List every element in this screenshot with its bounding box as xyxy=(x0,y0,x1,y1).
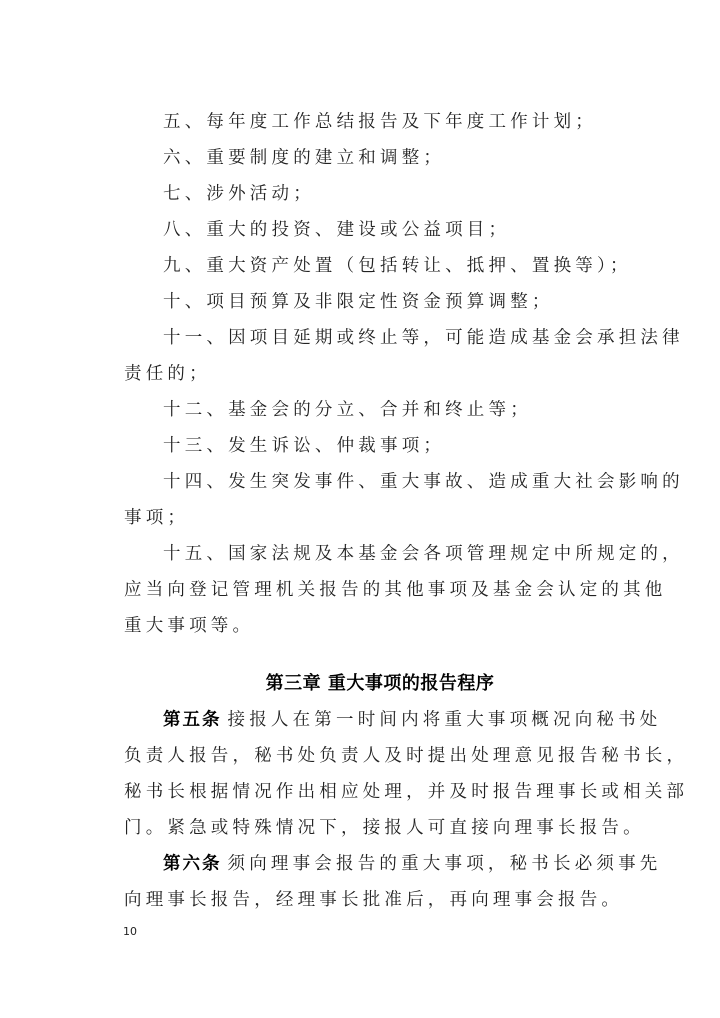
list-item-11-line1: 十一、因项目延期或终止等，可能造成基金会承担法律 xyxy=(163,326,663,350)
list-item-15-line1: 十五、国家法规及本基金会各项管理规定中所规定的， xyxy=(163,542,663,566)
article-6-text: 须向理事会报告的重大事项，秘书长必须事先 xyxy=(228,854,662,874)
list-item-5: 五、每年度工作总结报告及下年度工作计划； xyxy=(163,110,663,134)
article-5-line4: 门。紧急或特殊情况下，接报人可直接向理事长报告。 xyxy=(124,816,624,840)
article-5-line3: 秘书长根据情况作出相应处理，并及时报告理事长或相关部 xyxy=(124,780,624,804)
list-item-12: 十二、基金会的分立、合并和终止等； xyxy=(163,398,663,422)
list-item-13: 十三、发生诉讼、仲裁事项； xyxy=(163,434,663,458)
list-item-15-line3: 重大事项等。 xyxy=(124,614,624,638)
article-5-label: 第五条 xyxy=(163,710,222,730)
list-item-11-line2: 责任的； xyxy=(124,362,624,386)
list-item-7: 七、涉外活动； xyxy=(163,182,663,206)
article-6-line1: 第六条须向理事会报告的重大事项，秘书长必须事先 xyxy=(163,852,663,876)
article-5-line1: 第五条接报人在第一时间内将重大事项概况向秘书处 xyxy=(163,708,663,732)
page-number: 10 xyxy=(123,925,137,938)
list-item-15-line2: 应当向登记管理机关报告的其他事项及基金会认定的其他 xyxy=(124,578,624,602)
chapter-heading: 第三章 重大事项的报告程序 xyxy=(0,672,720,696)
article-5-text: 接报人在第一时间内将重大事项概况向秘书处 xyxy=(228,710,662,730)
article-5-line2: 负责人报告，秘书处负责人及时提出处理意见报告秘书长， xyxy=(124,744,624,768)
list-item-10: 十、项目预算及非限定性资金预算调整； xyxy=(163,290,663,314)
list-item-6: 六、重要制度的建立和调整； xyxy=(163,146,663,170)
list-item-14-line2: 事项； xyxy=(124,506,624,530)
article-6-label: 第六条 xyxy=(163,854,222,874)
article-6-line2: 向理事长报告，经理事长批准后，再向理事会报告。 xyxy=(124,888,624,912)
list-item-14-line1: 十四、发生突发事件、重大事故、造成重大社会影响的 xyxy=(163,470,663,494)
document-page: 五、每年度工作总结报告及下年度工作计划； 六、重要制度的建立和调整； 七、涉外活… xyxy=(0,0,720,1018)
list-item-9: 九、重大资产处置（包括转让、抵押、置换等）； xyxy=(163,254,663,278)
list-item-8: 八、重大的投资、建设或公益项目； xyxy=(163,218,663,242)
